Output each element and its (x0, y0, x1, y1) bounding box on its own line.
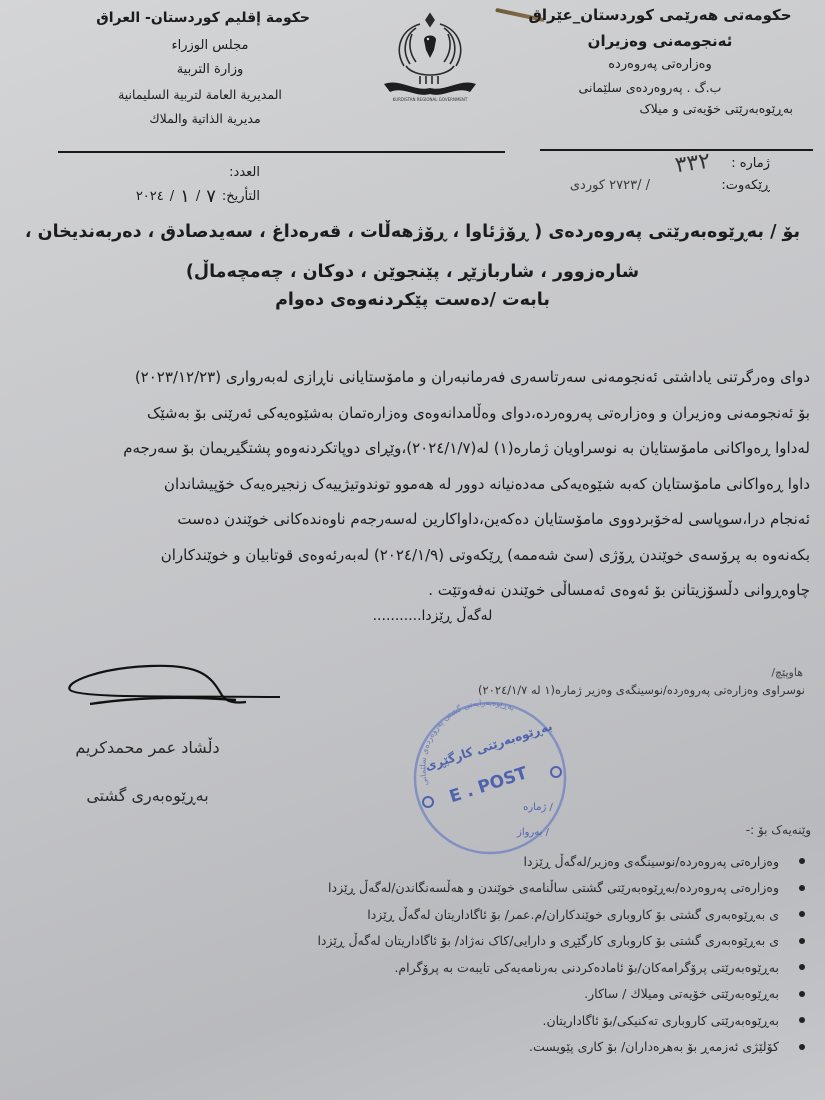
copies-list: وەزارەتی پەروەردە/نوسینگەی وەزیر/لەگەڵ ڕ… (253, 848, 813, 1060)
number-label: ژمارە : (710, 156, 770, 171)
closing-regards: لەگەڵ ڕێزدا........... (0, 608, 825, 624)
department-name-arabic: مديرية الذاتية والملاك (70, 111, 330, 126)
copy-recipient: بەڕێوەبەرێتی کاروباری تەکنیکی/بۆ ئاگادار… (253, 1007, 813, 1034)
handwritten-number: ٣٣٢ (673, 148, 712, 178)
copy-recipient: ی بەڕێوەبەری گشتی بۆ کاروباری خوێندکاران… (253, 901, 813, 928)
bullet-icon (799, 885, 805, 891)
bullet-icon (799, 858, 805, 864)
svg-text:KURDISTAN REGIONAL GOVERNMENT: KURDISTAN REGIONAL GOVERNMENT (393, 97, 468, 102)
attachment-label: هاوپێچ/ (771, 666, 803, 679)
copy-recipient: وەزارەتی پەروەردە/نوسینگەی وەزیر/لەگەڵ ڕ… (253, 848, 813, 875)
government-name-arabic: حكومة إقليم كوردستان- العراق (70, 10, 330, 26)
letterhead-kurdish: حکومەتی هەرێمی کوردستان_عێراق ئەنجومەنی … (525, 4, 795, 116)
bullet-icon (799, 991, 805, 997)
bullet-icon (799, 1044, 805, 1050)
handwritten-signature (60, 662, 290, 717)
subject-line: بابەت /دەست پێکردنەوەی دەوام (0, 290, 825, 310)
body-line: ئەنجام درا،سوپاسی لەخۆبردووی مامۆستایان … (30, 502, 810, 538)
ministry-name-arabic: وزارة التربية (70, 62, 330, 77)
header-divider-left (58, 151, 505, 153)
kurdish-date-value: / /٢٧٢٣ کوردی (570, 178, 650, 193)
svg-text:بەرواز /: بەرواز / (516, 827, 550, 838)
number-label-arabic: العدد: (229, 165, 260, 180)
letter-body: دوای وەرگرتنی یاداشتی ئەنجومەنی سەرتاسەر… (30, 360, 810, 609)
addressee: بۆ / بەڕێوەبەرێتی پەروەردەی ( ڕۆژئاوا ، … (20, 212, 805, 292)
council-name-arabic: مجلس الوزراء (70, 38, 330, 53)
letterhead-arabic: حكومة إقليم كوردستان- العراق مجلس الوزرا… (70, 10, 330, 126)
bullet-icon (799, 938, 805, 944)
body-line: دوای وەرگرتنی یاداشتی ئەنجومەنی سەرتاسەر… (30, 360, 810, 396)
copy-recipient: ی بەڕێوەبەری گشتی بۆ کاروباری کارگێڕی و … (253, 928, 813, 955)
copy-recipient: بەڕێوەبەرێتی خۆیەتی ومیلاك / ساکار. (253, 981, 813, 1008)
official-stamp: بەڕێوەبەرایەتی گشتی پەروەردەی سلێمانی بە… (398, 690, 578, 860)
signatory-name: دڵشاد عمر محمدکریم (60, 738, 235, 757)
bullet-icon (799, 964, 805, 970)
svg-text:ژمارە /: ژمارە / (523, 802, 553, 813)
addressee-line-1: بۆ / بەڕێوەبەرێتی پەروەردەی ( ڕۆژئاوا ، … (20, 212, 805, 252)
council-name-kurdish: ئەنجومەنی وەزیران (525, 32, 795, 50)
bullet-icon (799, 911, 805, 917)
body-line: داوا ڕەواکانی مامۆستایان کەبە شێوەیەکی م… (30, 467, 810, 503)
bullet-icon (799, 1017, 805, 1023)
body-line: چاوەڕوانی دڵسۆزیتانن بۆ ئەوەی ئەمساڵی خو… (30, 573, 810, 609)
body-line: بۆ ئەنجومەنی وەزیران و وەزارەتی پەروەردە… (30, 396, 810, 432)
header-divider-right (540, 149, 813, 151)
government-name-kurdish: حکومەتی هەرێمی کوردستان_عێراق (525, 6, 795, 24)
date-day: ٧ (206, 186, 216, 207)
body-line: بکەنەوە بە پرۆسەی خوێندن ڕۆژی (سێ شەممە)… (30, 538, 810, 574)
svg-text:بەڕێوەبەرێتی کارگێڕی: بەڕێوەبەرێتی کارگێڕی (423, 719, 554, 774)
signatory-title: بەڕێوەبەری گشتی (60, 786, 235, 805)
date-label: ڕێکەوت: (710, 178, 770, 193)
date-year: ٢٠٢٤ (136, 189, 164, 204)
date-label-arabic: التأريخ: (222, 189, 260, 204)
department-name-kurdish: بەڕێوەبەرێتی خۆیەتی و میلاک (525, 101, 795, 116)
kurdistan-emblem-icon: KURDISTAN REGIONAL GOVERNMENT (370, 6, 490, 102)
ministry-name-kurdish: وەزارەتی پەروەردە (525, 57, 795, 72)
date-month: ١ (180, 186, 190, 207)
reference-block-arabic: العدد: التأريخ: ٧ / ١ / ٢٠٢٤ (90, 160, 260, 208)
copies-to-label: وێنەیەک بۆ :- (746, 823, 811, 837)
directorate-name-arabic: المديرية العامة لتربية السليمانية (70, 87, 330, 102)
svg-text:E . POST: E . POST (447, 763, 530, 807)
reference-block-kurdish: ژمارە : ٣٣٢ ڕێکەوت: / /٢٧٢٣ کوردی (510, 152, 770, 196)
body-line: لەداوا ڕەواکانی مامۆستایان بە نوسراویان … (30, 431, 810, 467)
copy-recipient: وەزارەتی پەروەردە/بەڕێوەبەرێتی گشتی ساڵن… (253, 875, 813, 902)
copy-recipient: بەڕێوەبەرێتی پرۆگرامەکان/بۆ ئامادەکردنی … (253, 954, 813, 981)
addressee-line-2: شارەزوور ، شاربازێڕ ، پێنجوێن ، دوکان ، … (20, 252, 805, 292)
directorate-name-kurdish: ب.گ . پەروەردەی سلێمانی (525, 80, 795, 95)
copy-recipient: کۆلێژی ئەزمەڕ بۆ بەهرەداران/ بۆ کاری پێو… (253, 1034, 813, 1061)
